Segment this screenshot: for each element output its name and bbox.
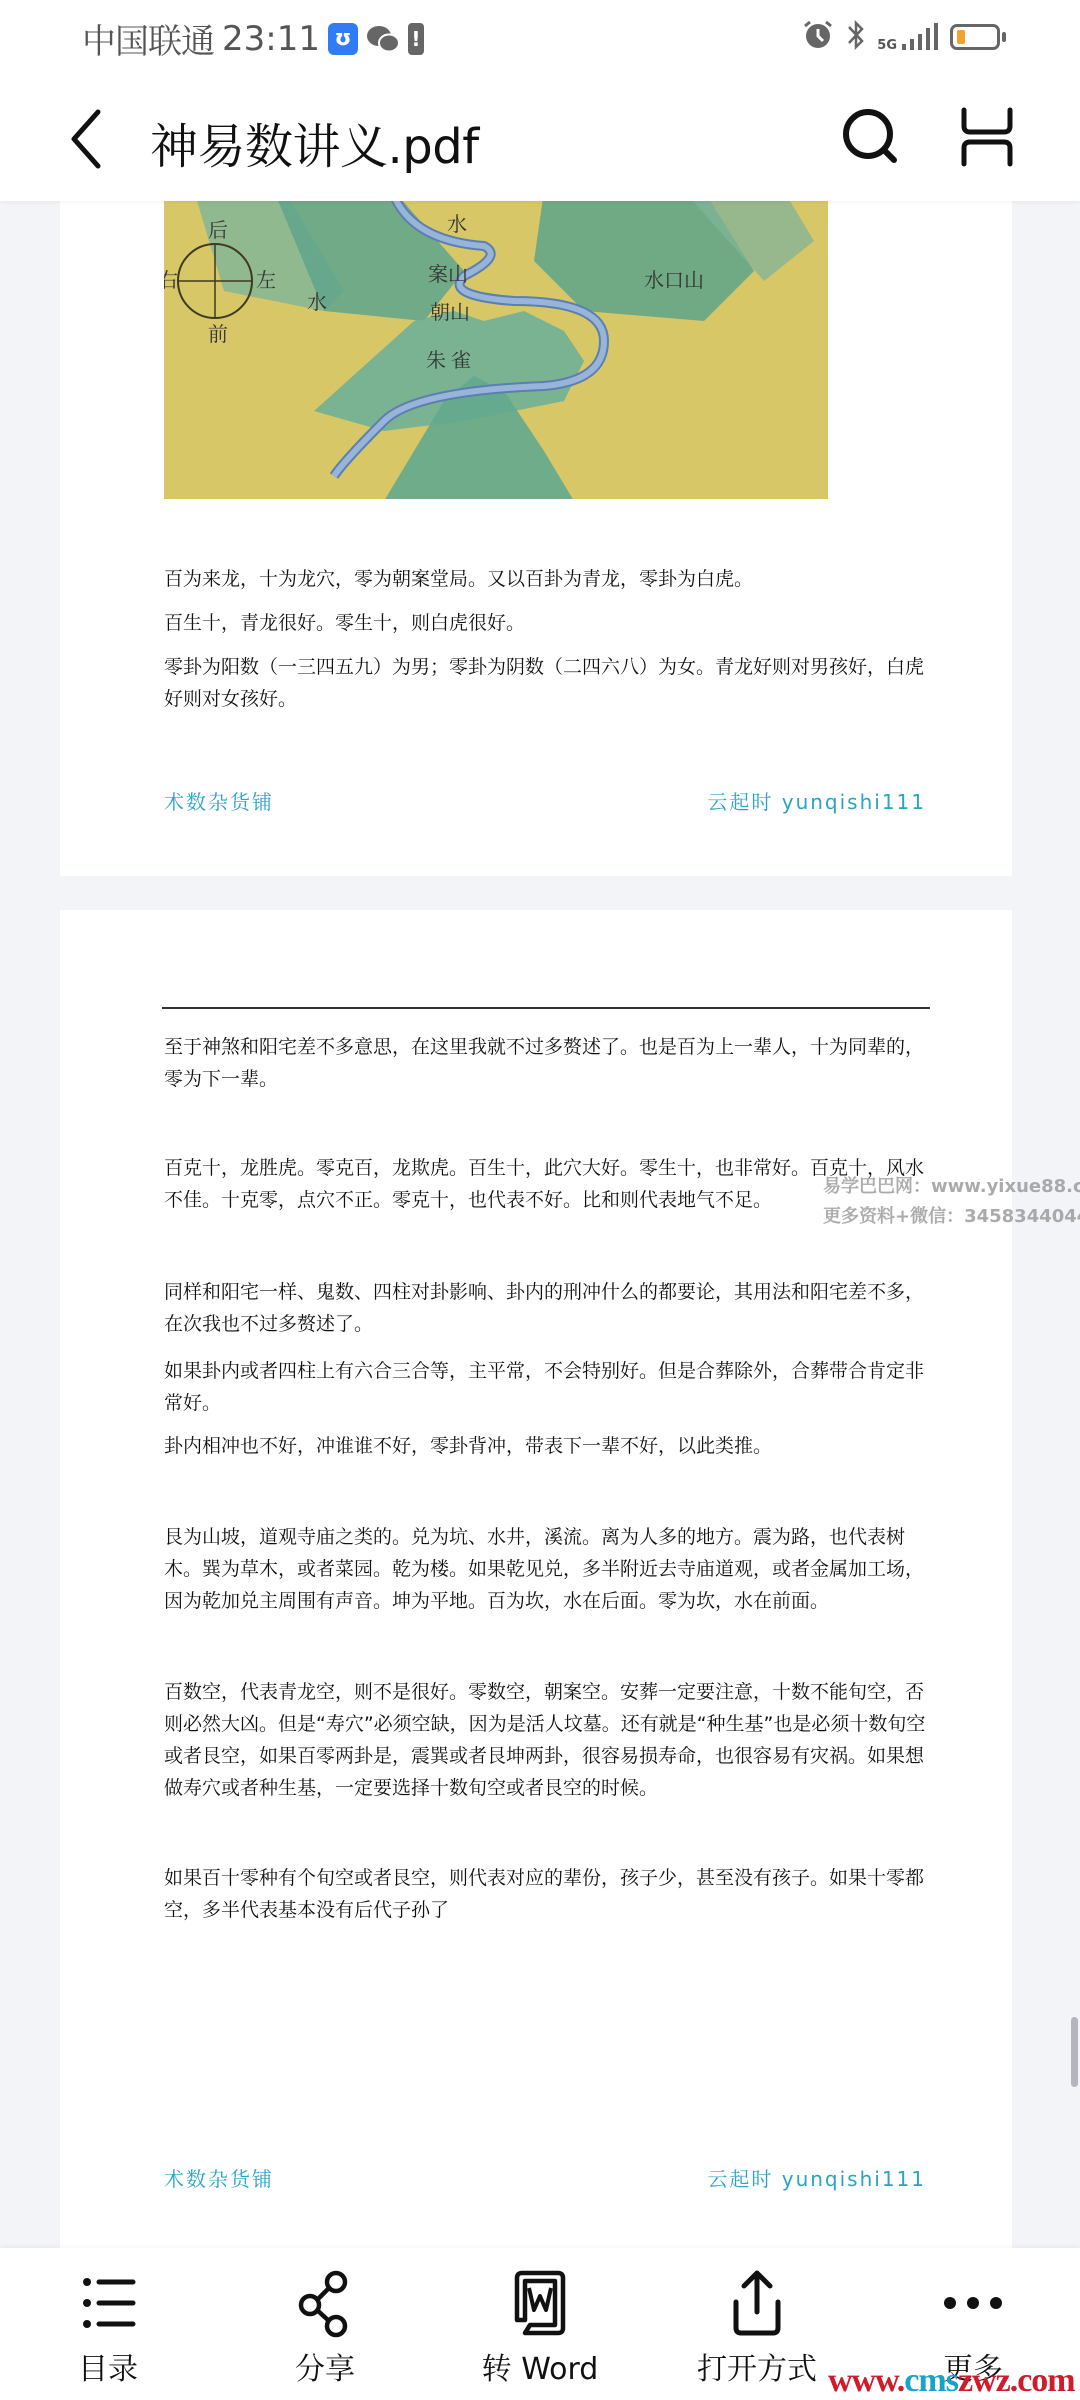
page-mode-icon: [954, 104, 1020, 170]
site-watermark: www.cmszwz.com: [828, 2362, 1075, 2400]
paragraph: 如果百十零种有个旬空或者艮空，则代表对应的辈份，孩子少，甚至没有孩子。如果十零都…: [164, 1862, 934, 1926]
app-notification-icon: ʊ: [328, 23, 358, 55]
toolbar-share-button[interactable]: 分享: [245, 2248, 405, 2400]
page-mode-button[interactable]: [954, 104, 1020, 170]
toolbar-open-with-button[interactable]: 打开方式: [677, 2248, 837, 2400]
document-title: 神易数讲义.pdf: [150, 108, 479, 177]
more-icon: [938, 2268, 1008, 2338]
page-watermark-left: 术数杂货铺: [164, 786, 274, 815]
open-with-icon: [722, 2268, 792, 2338]
svg-text:案山: 案山: [428, 263, 468, 286]
paragraph: 百克十，龙胜虎。零克百，龙欺虎。百生十，此穴大好。零生十，也非常好。百克十，风水…: [164, 1152, 934, 1216]
svg-text:朝山: 朝山: [430, 301, 470, 324]
share-icon: [290, 2268, 360, 2338]
svg-text:前: 前: [208, 323, 228, 346]
paragraph: 百为来龙，十为龙穴，零为朝案堂局。又以百卦为青龙，零卦为白虎。: [164, 563, 934, 595]
word-convert-icon: [505, 2268, 575, 2338]
overlay-watermark: 易学巴巴网：www.yixue88.cn 更多资料+微信：3458344044: [823, 1172, 1080, 1232]
paragraph: 同样和阳宅一样、鬼数、四柱对卦影响、卦内的刑冲什么的都要论，其用法和阳宅差不多，…: [164, 1276, 934, 1340]
carrier-name: 中国联通: [82, 14, 214, 63]
page-header-rule: [162, 1007, 930, 1009]
warning-icon: !: [408, 23, 424, 55]
svg-text:水口山: 水口山: [644, 269, 704, 292]
clock: 23:11: [222, 19, 320, 59]
back-button[interactable]: [60, 104, 120, 174]
svg-text:后: 后: [208, 219, 228, 242]
5g-signal-icon: 5G: [877, 22, 940, 52]
paragraph: 艮为山坡，道观寺庙之类的。兑为坑、水井，溪流。离为人多的地方。震为路，也代表树木…: [164, 1521, 934, 1617]
app-header: 神易数讲义.pdf: [0, 70, 1080, 201]
paragraph: 百数空，代表青龙空，则不是很好。零数空，朝案空。安葬一定要注意，十数不能旬空，否…: [164, 1676, 934, 1804]
bluetooth-icon: [845, 18, 867, 56]
pdf-page-1: 后 前 右 左 水 水 案山 水口山 朝山 朱 雀 百为来龙，十为龙穴，零为朝案…: [60, 201, 1012, 876]
svg-text:水: 水: [307, 291, 327, 314]
toolbar-convert-word-button[interactable]: 转 Word: [460, 2248, 620, 2400]
page-watermark-right: 云起时 yunqishi111: [707, 2163, 926, 2192]
chevron-left-icon: [60, 104, 120, 174]
page-watermark-left: 术数杂货铺: [164, 2163, 274, 2192]
svg-text:左: 左: [256, 269, 276, 292]
paragraph: 零卦为阳数（一三四五九）为男；零卦为阴数（二四六八）为女。青龙好则对男孩好，白虎…: [164, 651, 934, 715]
paragraph: 百生十，青龙很好。零生十，则白虎很好。: [164, 607, 934, 639]
alarm-icon: [801, 18, 835, 56]
search-icon: [838, 104, 904, 170]
svg-text:朱 雀: 朱 雀: [426, 349, 471, 372]
search-button[interactable]: [838, 104, 904, 170]
wechat-icon: [366, 24, 400, 54]
paragraph: 如果卦内或者四柱上有六合三合等，主平常，不会特别好。但是合葬除外，合葬带合肯定非…: [164, 1355, 934, 1419]
svg-text:水: 水: [447, 213, 467, 236]
paragraph: 至于神煞和阳宅差不多意思，在这里我就不过多赘述了。也是百为上一辈人，十为同辈的，…: [164, 1031, 934, 1095]
pdf-page-2: 至于神煞和阳宅差不多意思，在这里我就不过多赘述了。也是百为上一辈人，十为同辈的，…: [60, 910, 1012, 2250]
scrollbar-thumb[interactable]: [1071, 2017, 1078, 2087]
battery-icon: [950, 24, 1000, 50]
svg-text:右: 右: [164, 269, 178, 292]
status-bar: 中国联通 23:11 ʊ ! 5G: [0, 0, 1080, 70]
list-icon: [73, 2268, 143, 2338]
toolbar-contents-button[interactable]: 目录: [28, 2248, 188, 2400]
status-left: 中国联通 23:11 ʊ !: [82, 14, 424, 63]
fengshui-illustration: 后 前 右 左 水 水 案山 水口山 朝山 朱 雀: [164, 201, 828, 499]
paragraph: 卦内相冲也不好，冲谁谁不好，零卦背冲，带表下一辈不好，以此类推。: [164, 1430, 934, 1462]
status-right: 5G: [801, 18, 1000, 56]
page-watermark-right: 云起时 yunqishi111: [707, 786, 926, 815]
